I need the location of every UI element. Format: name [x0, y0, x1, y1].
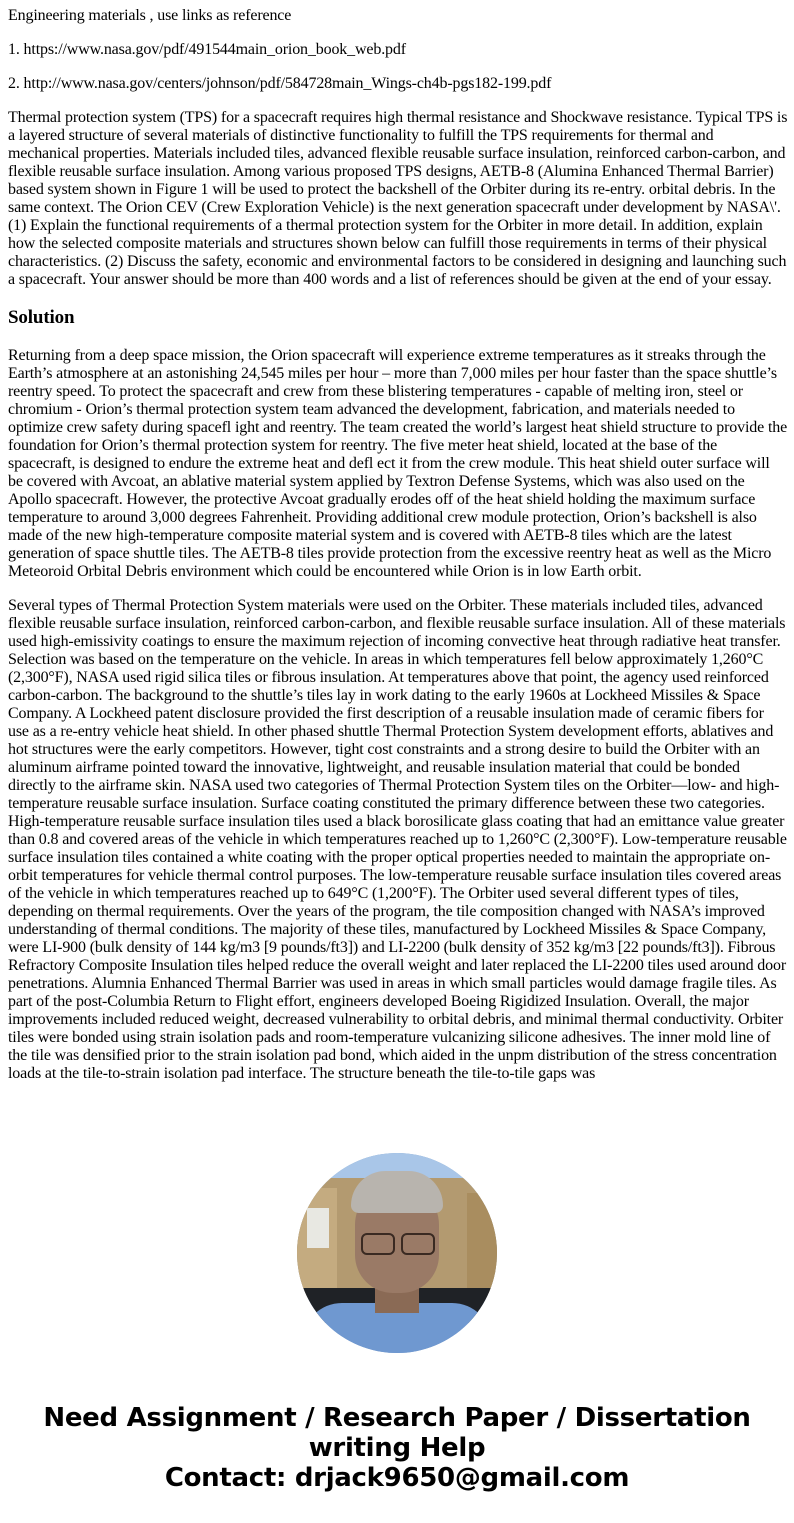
question-prompt: Thermal protection system (TPS) for a sp…	[8, 109, 788, 289]
solution-paragraph-2: Several types of Thermal Protection Syst…	[8, 597, 788, 1083]
solution-paragraph-1: Returning from a deep space mission, the…	[8, 347, 788, 581]
reference-link-2: 2. http://www.nasa.gov/centers/johnson/p…	[8, 75, 788, 93]
promo-contact: Contact: drjack9650@gmail.com	[0, 1463, 794, 1493]
author-avatar	[297, 1153, 497, 1353]
promo-line-2: writing Help	[0, 1433, 794, 1463]
document-body: Engineering materials , use links as ref…	[8, 0, 788, 1099]
promo-line-1: Need Assignment / Research Paper / Disse…	[0, 1403, 794, 1433]
promo-banner: Need Assignment / Research Paper / Disse…	[0, 1403, 794, 1493]
solution-heading: Solution	[8, 307, 788, 329]
reference-link-1: 1. https://www.nasa.gov/pdf/491544main_o…	[8, 41, 788, 59]
question-title: Engineering materials , use links as ref…	[8, 7, 788, 25]
